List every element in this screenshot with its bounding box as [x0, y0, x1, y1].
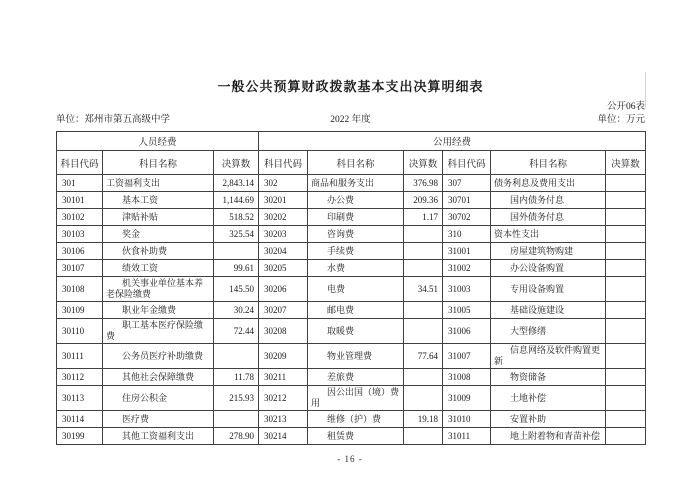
- amount-cell: [404, 369, 443, 386]
- subject-name-cell: 其他社会保障缴费: [103, 369, 214, 386]
- amount-cell: 77.64: [404, 344, 443, 369]
- amount-cell: [606, 226, 646, 243]
- subject-code-cell: 30113: [57, 386, 103, 411]
- table-row: 30107绩效工资99.6130205水费31002办公设备购置: [57, 260, 646, 277]
- subject-code-cell: 30101: [57, 192, 103, 209]
- amount-cell: [606, 209, 646, 226]
- subject-name-cell: 房屋建筑物购建: [491, 243, 606, 260]
- budget-detail-table: 人员经费公用经费科目代码科目名称决算数科目代码科目名称决算数科目代码科目名称决算…: [56, 131, 646, 445]
- subject-code-cell: 30106: [57, 243, 103, 260]
- subject-name-cell: 基础设施建设: [491, 302, 606, 319]
- amount-cell: [606, 369, 646, 386]
- subject-code-cell: 30107: [57, 260, 103, 277]
- subject-code-cell: 302: [259, 175, 308, 192]
- subject-name-cell: 住房公积金: [103, 386, 214, 411]
- amount-cell: [606, 192, 646, 209]
- subject-name-cell: 专用设备购置: [491, 277, 606, 302]
- subject-code-cell: 31003: [443, 277, 491, 302]
- column-header-cell: 科目代码: [259, 151, 308, 175]
- subject-code-cell: 30108: [57, 277, 103, 302]
- column-header-cell: 科目代码: [443, 151, 491, 175]
- amount-cell: 34.51: [404, 277, 443, 302]
- table-row: 30102津贴补贴518.5230202印刷费1.1730702国外债务付息: [57, 209, 646, 226]
- subject-code-cell: 30114: [57, 411, 103, 428]
- subject-code-cell: 30207: [259, 302, 308, 319]
- amount-cell: 325.54: [214, 226, 259, 243]
- amount-cell: [404, 226, 443, 243]
- subject-code-cell: 31005: [443, 302, 491, 319]
- amount-cell: 145.50: [214, 277, 259, 302]
- subject-code-cell: 31007: [443, 344, 491, 369]
- subject-name-cell: 电费: [308, 277, 404, 302]
- amount-cell: [606, 411, 646, 428]
- subject-code-cell: 30212: [259, 386, 308, 411]
- table-row: 30199其他工资福利支出278.9030214租赁费31011地上附着物和青苗…: [57, 428, 646, 445]
- subject-code-cell: 307: [443, 175, 491, 192]
- subject-name-cell: 奖金: [103, 226, 214, 243]
- amount-cell: [404, 319, 443, 344]
- amount-cell: [606, 428, 646, 445]
- amount-cell: [606, 319, 646, 344]
- subject-code-cell: 30213: [259, 411, 308, 428]
- subject-name-cell: 基本工资: [103, 192, 214, 209]
- column-header-cell: 科目名称: [103, 151, 214, 175]
- amount-cell: [214, 243, 259, 260]
- subject-name-cell: 国外债务付息: [491, 209, 606, 226]
- amount-cell: [606, 243, 646, 260]
- subject-code-cell: 30112: [57, 369, 103, 386]
- subject-name-cell: 地上附着物和青苗补偿: [491, 428, 606, 445]
- subject-name-cell: 其他工资福利支出: [103, 428, 214, 445]
- column-header-cell: 科目代码: [57, 151, 103, 175]
- subject-name-cell: 水费: [308, 260, 404, 277]
- amount-cell: 278.90: [214, 428, 259, 445]
- subject-code-cell: 30203: [259, 226, 308, 243]
- subject-name-cell: 办公费: [308, 192, 404, 209]
- page-title: 一般公共预算财政拨款基本支出决算明细表: [56, 76, 645, 95]
- amount-cell: [404, 428, 443, 445]
- subject-code-cell: 30102: [57, 209, 103, 226]
- table-row: 30101基本工资1,144.6930201办公费209.3630701国内债务…: [57, 192, 646, 209]
- subject-code-cell: 301: [57, 175, 103, 192]
- table-row: 30103奖金325.5430203咨询费310资本性支出: [57, 226, 646, 243]
- amount-cell: [606, 344, 646, 369]
- subject-code-cell: 30701: [443, 192, 491, 209]
- subject-code-cell: 31009: [443, 386, 491, 411]
- group-header-cell: 人员经费: [57, 132, 259, 151]
- amount-cell: 376.98: [404, 175, 443, 192]
- amount-cell: [606, 277, 646, 302]
- page-number: - 16 -: [0, 454, 700, 464]
- amount-cell: 19.18: [404, 411, 443, 428]
- subject-name-cell: 取暖费: [308, 319, 404, 344]
- table-row: 30111公务员医疗补助缴费30209物业管理费77.6431007信息网络及软…: [57, 344, 646, 369]
- scan-artifact-line: [645, 72, 646, 108]
- subject-name-cell: 土地补偿: [491, 386, 606, 411]
- meta-row: 单位：郑州市第五高级中学 2022 年度 单位：万元: [56, 111, 645, 124]
- subject-name-cell: 伙食补助费: [103, 243, 214, 260]
- subject-name-cell: 资本性支出: [491, 226, 606, 243]
- amount-cell: [404, 386, 443, 411]
- subject-code-cell: 30103: [57, 226, 103, 243]
- amount-cell: [606, 386, 646, 411]
- amount-cell: 1,144.69: [214, 192, 259, 209]
- column-header-cell: 决算数: [214, 151, 259, 175]
- amount-cell: 215.93: [214, 386, 259, 411]
- subject-code-cell: 30202: [259, 209, 308, 226]
- subject-name-cell: 机关事业单位基本养老保险缴费: [103, 277, 214, 302]
- subject-code-cell: 30201: [259, 192, 308, 209]
- table-row: 30112其他社会保障缴费11.7830211差旅费31008物资储备: [57, 369, 646, 386]
- amount-cell: [606, 302, 646, 319]
- subject-name-cell: 医疗费: [103, 411, 214, 428]
- subject-name-cell: 手续费: [308, 243, 404, 260]
- subject-code-cell: 31008: [443, 369, 491, 386]
- subject-code-cell: 30110: [57, 319, 103, 344]
- subject-code-cell: 30702: [443, 209, 491, 226]
- table-row: 301工资福利支出2,843.14302商品和服务支出376.98307债务利息…: [57, 175, 646, 192]
- subject-code-cell: 30214: [259, 428, 308, 445]
- subject-code-cell: 30205: [259, 260, 308, 277]
- subject-code-cell: 30206: [259, 277, 308, 302]
- subject-name-cell: 工资福利支出: [103, 175, 214, 192]
- subject-code-cell: 30209: [259, 344, 308, 369]
- amount-cell: 72.44: [214, 319, 259, 344]
- subject-name-cell: 信息网络及软件购置更新: [491, 344, 606, 369]
- subject-code-cell: 30111: [57, 344, 103, 369]
- amount-cell: 99.61: [214, 260, 259, 277]
- table-row: 30114医疗费30213维修（护）费19.1831010安置补助: [57, 411, 646, 428]
- group-header-row: 人员经费公用经费: [57, 132, 646, 151]
- subject-name-cell: 职业年金缴费: [103, 302, 214, 319]
- subject-code-cell: 31011: [443, 428, 491, 445]
- column-header-cell: 决算数: [606, 151, 646, 175]
- form-number-label: 公开06表: [56, 98, 645, 112]
- subject-code-cell: 30109: [57, 302, 103, 319]
- subject-code-cell: 31001: [443, 243, 491, 260]
- subject-name-cell: 安置补助: [491, 411, 606, 428]
- subject-name-cell: 印刷费: [308, 209, 404, 226]
- table-row: 30113住房公积金215.9330212因公出国（境）费用31009土地补偿: [57, 386, 646, 411]
- amount-cell: 1.17: [404, 209, 443, 226]
- column-header-cell: 科目名称: [308, 151, 404, 175]
- subject-code-cell: 30211: [259, 369, 308, 386]
- subject-code-cell: 31010: [443, 411, 491, 428]
- amount-cell: [404, 243, 443, 260]
- document-page: 一般公共预算财政拨款基本支出决算明细表 公开06表 单位：郑州市第五高级中学 2…: [0, 0, 700, 495]
- subject-name-cell: 因公出国（境）费用: [308, 386, 404, 411]
- amount-cell: [404, 260, 443, 277]
- fiscal-year-label: 2022 年度: [56, 111, 645, 125]
- group-header-cell: 公用经费: [259, 132, 646, 151]
- subject-name-cell: 债务利息及费用支出: [491, 175, 606, 192]
- amount-cell: [606, 260, 646, 277]
- subject-name-cell: 大型修缮: [491, 319, 606, 344]
- subject-name-cell: 差旅费: [308, 369, 404, 386]
- subject-name-cell: 商品和服务支出: [308, 175, 404, 192]
- table-row: 30106伙食补助费30204手续费31001房屋建筑物购建: [57, 243, 646, 260]
- table-row: 30110职工基本医疗保险缴费72.4430208取暖费31006大型修缮: [57, 319, 646, 344]
- subject-code-cell: 31002: [443, 260, 491, 277]
- subject-code-cell: 31006: [443, 319, 491, 344]
- subject-name-cell: 津贴补贴: [103, 209, 214, 226]
- table-row: 30109职业年金缴费30.2430207邮电费31005基础设施建设: [57, 302, 646, 319]
- amount-cell: [214, 411, 259, 428]
- subject-code-cell: 30199: [57, 428, 103, 445]
- currency-unit-label: 单位：万元: [597, 111, 645, 125]
- amount-cell: [214, 344, 259, 369]
- table-row: 30108机关事业单位基本养老保险缴费145.5030206电费34.51310…: [57, 277, 646, 302]
- subject-name-cell: 维修（护）费: [308, 411, 404, 428]
- subject-name-cell: 办公设备购置: [491, 260, 606, 277]
- subject-name-cell: 物资储备: [491, 369, 606, 386]
- amount-cell: 2,843.14: [214, 175, 259, 192]
- amount-cell: 30.24: [214, 302, 259, 319]
- amount-cell: 209.36: [404, 192, 443, 209]
- subject-name-cell: 职工基本医疗保险缴费: [103, 319, 214, 344]
- subject-name-cell: 咨询费: [308, 226, 404, 243]
- subject-name-cell: 公务员医疗补助缴费: [103, 344, 214, 369]
- subject-code-cell: 30204: [259, 243, 308, 260]
- subject-name-cell: 租赁费: [308, 428, 404, 445]
- column-header-row: 科目代码科目名称决算数科目代码科目名称决算数科目代码科目名称决算数: [57, 151, 646, 175]
- amount-cell: [404, 302, 443, 319]
- amount-cell: 11.78: [214, 369, 259, 386]
- amount-cell: 518.52: [214, 209, 259, 226]
- subject-name-cell: 邮电费: [308, 302, 404, 319]
- subject-name-cell: 物业管理费: [308, 344, 404, 369]
- subject-code-cell: 310: [443, 226, 491, 243]
- subject-name-cell: 国内债务付息: [491, 192, 606, 209]
- subject-code-cell: 30208: [259, 319, 308, 344]
- subject-name-cell: 绩效工资: [103, 260, 214, 277]
- amount-cell: [606, 175, 646, 192]
- column-header-cell: 科目名称: [491, 151, 606, 175]
- column-header-cell: 决算数: [404, 151, 443, 175]
